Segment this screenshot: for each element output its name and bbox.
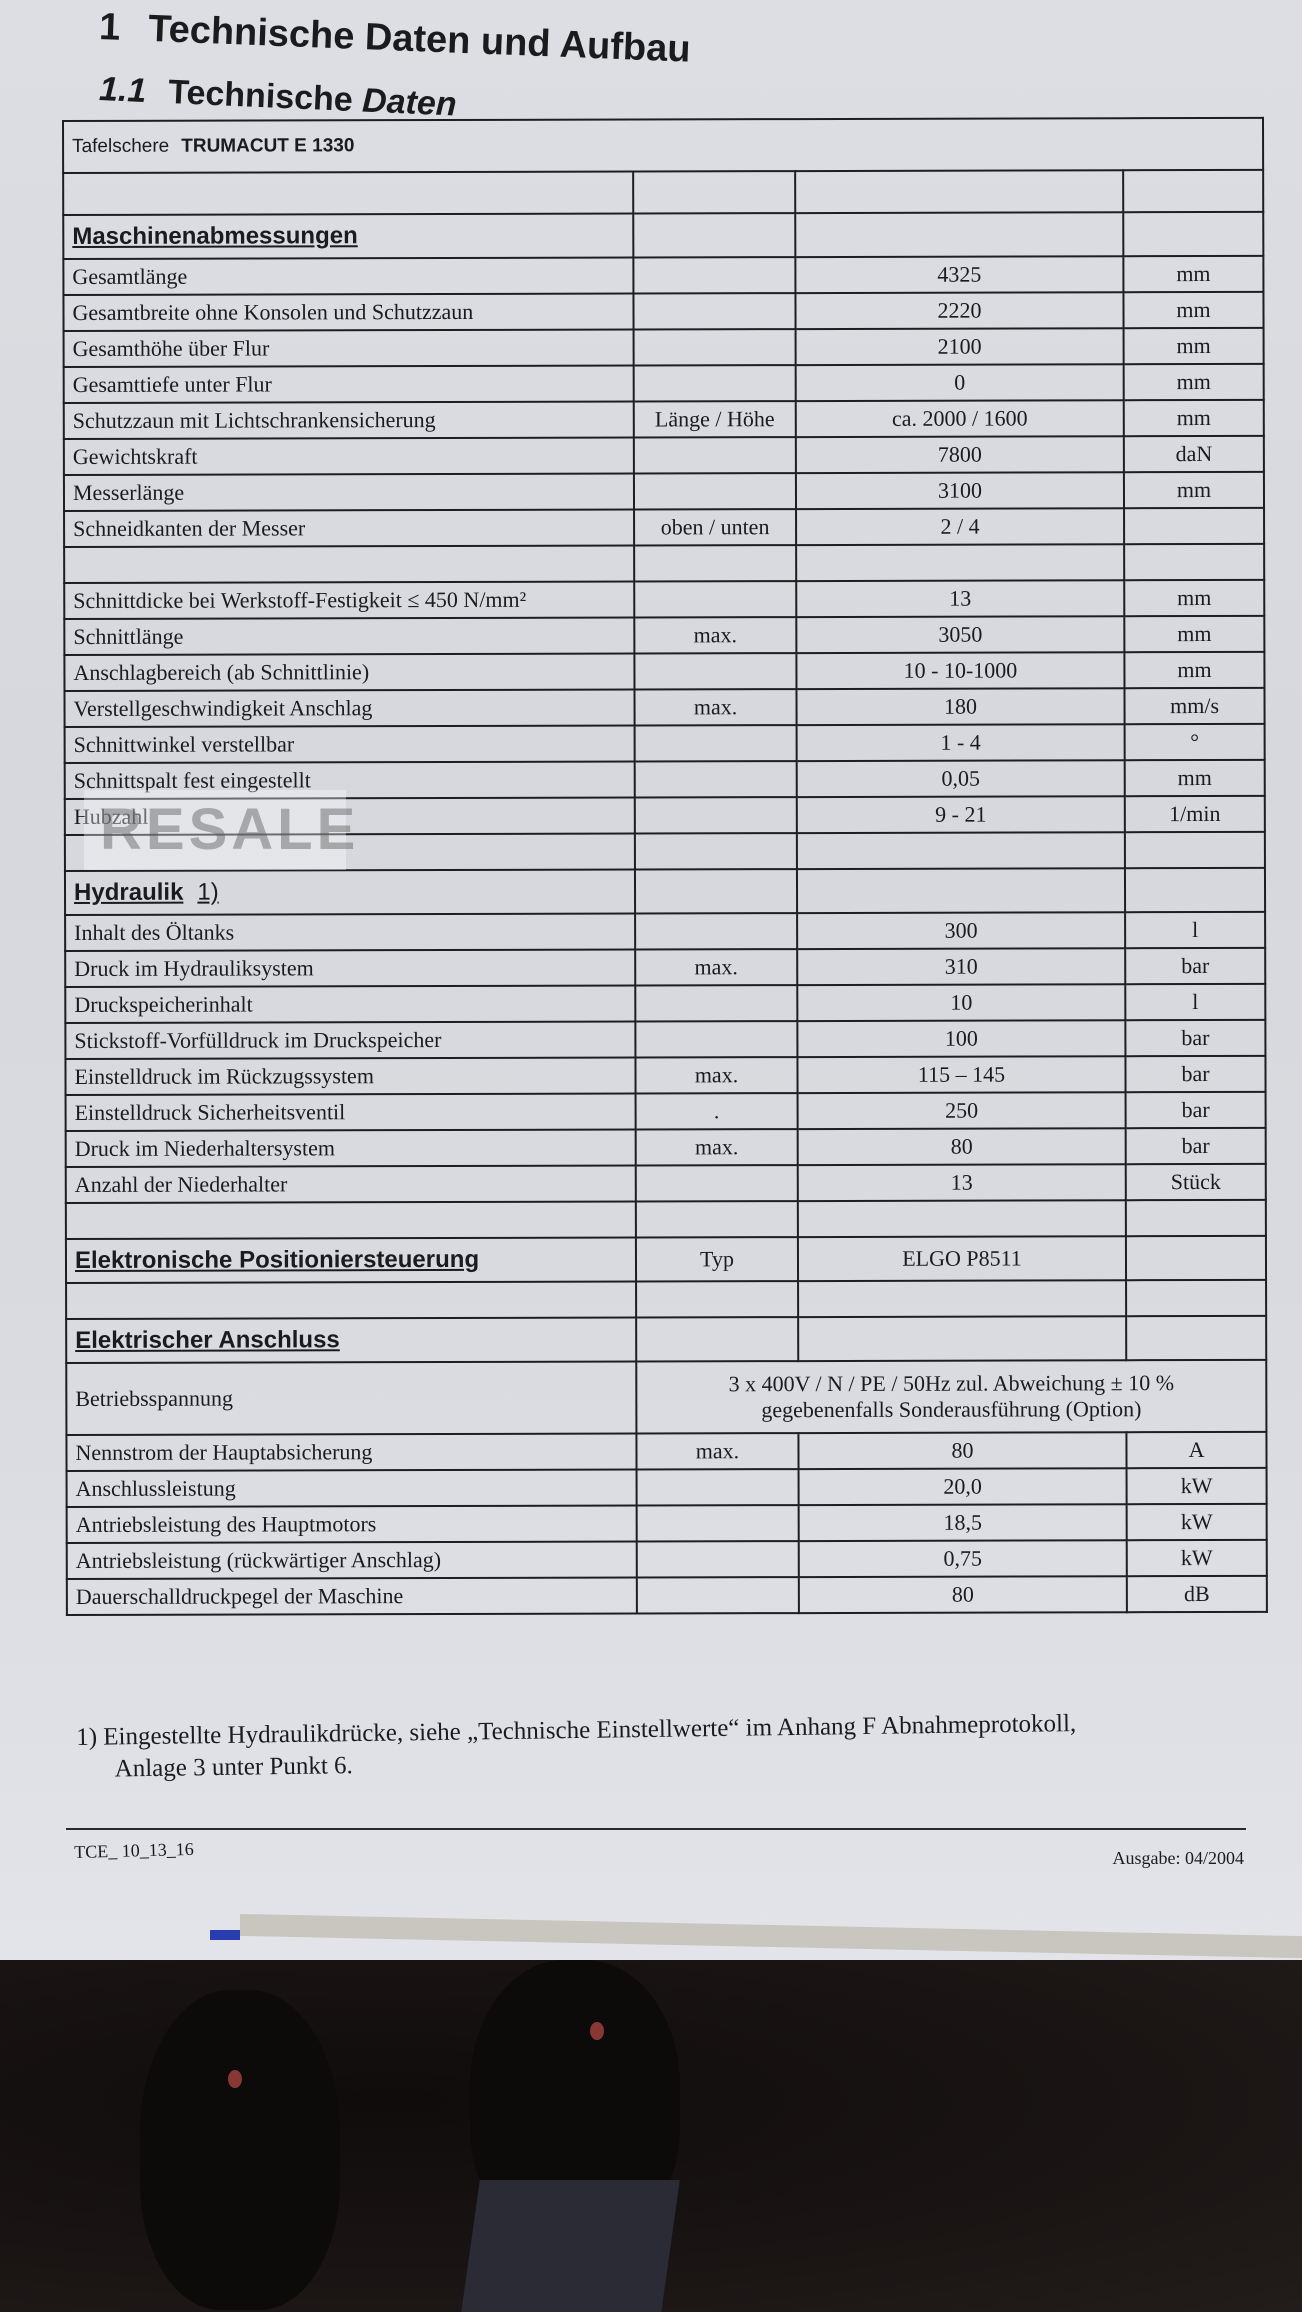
row-qualifier [634, 653, 796, 689]
row-qualifier [634, 473, 796, 509]
table-row: Druckspeicherinhalt10l [65, 984, 1265, 1023]
table-row: Inhalt des Öltanks300l [65, 912, 1265, 951]
row-value: 13 [798, 1164, 1126, 1201]
row-value: 0,05 [797, 760, 1125, 797]
section-header-row: Maschinenabmessungen [63, 212, 1263, 259]
table-row: Einstelldruck im Rückzugssystemmax.115 –… [65, 1056, 1265, 1095]
section-title-a: Technische [168, 73, 354, 119]
row-qualifier: max. [635, 1057, 797, 1093]
row-qualifier [634, 545, 796, 581]
section-title-cell: Hydraulik1) [65, 870, 635, 915]
row-qualifier: max. [636, 1433, 798, 1469]
footnote: 1) Eingestellte Hydraulikdrücke, siehe „… [76, 1708, 1077, 1786]
section-number: 1.1 [98, 70, 147, 110]
row-unit [1124, 544, 1264, 580]
row-label: Gesamthöhe über Flur [64, 330, 634, 367]
row-unit: bar [1126, 1128, 1266, 1164]
row-qualifier [633, 293, 795, 329]
section-title-b: Daten [361, 81, 457, 123]
row-unit: l [1125, 984, 1265, 1020]
row-qualifier [635, 725, 797, 761]
table-row [66, 1280, 1266, 1319]
row-label: Antriebsleistung des Hauptmotors [67, 1506, 637, 1543]
chapter-title: Technische Daten und Aufbau [147, 8, 691, 71]
table-row [66, 1200, 1266, 1239]
table-row: Gesamtlänge4325mm [63, 256, 1263, 295]
machine-title: TafelschereTRUMACUT E 1330 [63, 118, 1263, 173]
row-value [798, 1280, 1126, 1317]
section-unit [1126, 1236, 1266, 1280]
row-qualifier [635, 985, 797, 1021]
row-qualifier [633, 257, 795, 293]
table-row: Stickstoff-Vorfülldruck im Druckspeicher… [65, 1020, 1265, 1059]
row-qualifier [637, 1577, 799, 1613]
footer-edition: Ausgabe: 04/2004 [1113, 1848, 1244, 1869]
section-qualifier [633, 213, 795, 257]
section-qualifier: Typ [636, 1237, 798, 1281]
section-title: Elektronische Positioniersteuerung [75, 1246, 479, 1274]
row-label: Gesamtbreite ohne Konsolen und Schutzzau… [63, 294, 633, 331]
row-label: Anschlussleistung [67, 1470, 637, 1507]
row-label: Gesamttiefe unter Flur [64, 366, 634, 403]
table-row: Schneidkanten der Messeroben / unten2 / … [64, 508, 1264, 547]
row-qualifier [634, 365, 796, 401]
row-qualifier [635, 913, 797, 949]
chapter-heading: 1Technische Daten und Aufbau [98, 6, 691, 72]
row-unit: mm [1124, 652, 1264, 688]
row-unit: kW [1127, 1468, 1267, 1504]
row-value: 1 - 4 [797, 724, 1125, 761]
row-label: Schnittlänge [64, 618, 634, 655]
watermark: RESALE [84, 790, 346, 870]
row-label: Druckspeicherinhalt [65, 986, 635, 1023]
table-row: Antriebsleistung des Hauptmotors18,5kW [67, 1504, 1267, 1543]
row-value: 2220 [795, 292, 1123, 329]
row-value: 13 [796, 580, 1124, 617]
row-value: 0 [796, 364, 1124, 401]
voltage-line-2: gegebenenfalls Sonderausführung (Option) [645, 1396, 1257, 1424]
row-label [64, 546, 634, 583]
table-row: Gesamtbreite ohne Konsolen und Schutzzau… [63, 292, 1263, 331]
section-unit [1125, 868, 1265, 912]
table-row: Einstelldruck Sicherheitsventil.250bar [66, 1092, 1266, 1131]
row-value: 115 – 145 [797, 1056, 1125, 1093]
shoe-detail-dot [228, 2070, 242, 2088]
row-unit: mm [1123, 256, 1263, 292]
row-unit [1126, 1200, 1266, 1236]
section-unit [1126, 1316, 1266, 1360]
row-value: 4325 [795, 256, 1123, 293]
section-title: Hydraulik [74, 879, 183, 906]
machine-label: Tafelschere [72, 136, 169, 157]
row-unit: dB [1127, 1576, 1267, 1612]
row-unit [1125, 832, 1265, 868]
row-unit: A [1126, 1432, 1266, 1468]
row-label: Anzahl der Niederhalter [66, 1166, 636, 1203]
row-value: 180 [796, 688, 1124, 725]
section-value [797, 868, 1125, 913]
row-value: 20,0 [799, 1468, 1127, 1505]
row-qualifier [636, 1201, 798, 1237]
table-row: Anschlagbereich (ab Schnittlinie)10 - 10… [64, 652, 1264, 691]
row-unit: bar [1125, 1056, 1265, 1092]
row-qualifier: Länge / Höhe [634, 401, 796, 437]
row-value: 10 - 10-1000 [796, 652, 1124, 689]
table-row: Verstellgeschwindigkeit Anschlagmax.180m… [64, 688, 1264, 727]
row-qualifier [636, 1165, 798, 1201]
row-value: 80 [798, 1432, 1126, 1469]
row-label: Nennstrom der Hauptabsicherung [66, 1434, 636, 1471]
section-title: Elektrischer Anschluss [75, 1326, 340, 1354]
row-unit: mm [1123, 292, 1263, 328]
row-unit: mm [1125, 760, 1265, 796]
machine-title-row: TafelschereTRUMACUT E 1330 [63, 118, 1263, 173]
section-header-row: Hydraulik1) [65, 868, 1265, 915]
row-label: Antriebsleistung (rückwärtiger Anschlag) [67, 1542, 637, 1579]
row-label: Stickstoff-Vorfülldruck im Druckspeicher [65, 1022, 635, 1059]
table-row: Messerlänge3100mm [64, 472, 1264, 511]
row-label: Betriebsspannung [66, 1362, 636, 1435]
row-label: Schnittwinkel verstellbar [65, 726, 635, 763]
table-row: Schnittwinkel verstellbar1 - 4° [65, 724, 1265, 763]
table-row: Anzahl der Niederhalter13Stück [66, 1164, 1266, 1203]
section-title-cell: Elektrischer Anschluss [66, 1318, 636, 1363]
row-qualifier [637, 1505, 799, 1541]
row-qualifier [637, 1541, 799, 1577]
row-label: Druck im Niederhaltersystem [66, 1130, 636, 1167]
row-label: Schneidkanten der Messer [64, 510, 634, 547]
row-unit: mm [1124, 580, 1264, 616]
row-label [66, 1202, 636, 1239]
machine-model: TRUMACUT E 1330 [181, 135, 354, 156]
section-header-row: Elektrischer Anschluss [66, 1316, 1266, 1363]
blank-cell [1123, 170, 1263, 212]
shoe-detail-dot [590, 2022, 604, 2040]
table-row: Dauerschalldruckpegel der Maschine80dB [67, 1576, 1267, 1615]
row-unit: mm/s [1124, 688, 1264, 724]
table-row: Anschlussleistung20,0kW [67, 1468, 1267, 1507]
row-unit: mm [1124, 616, 1264, 652]
row-unit [1126, 1280, 1266, 1316]
table-row [64, 544, 1264, 583]
row-label: Schnittdicke bei Werkstoff-Festigkeit ≤ … [64, 582, 634, 619]
footer-divider [66, 1828, 1246, 1830]
row-value: 310 [797, 948, 1125, 985]
section-unit [1123, 212, 1263, 256]
row-value: 2100 [796, 328, 1124, 365]
row-qualifier: max. [634, 617, 796, 653]
row-value: ca. 2000 / 1600 [796, 400, 1124, 437]
row-label: Anschlagbereich (ab Schnittlinie) [64, 654, 634, 691]
row-value: 10 [797, 984, 1125, 1021]
row-qualifier [635, 761, 797, 797]
row-unit: kW [1127, 1504, 1267, 1540]
paper-edge-blue [210, 1930, 240, 1940]
row-unit: daN [1124, 436, 1264, 472]
table-row: Gewichtskraft7800daN [64, 436, 1264, 475]
blank-header-row [63, 170, 1263, 215]
table-row: Gesamthöhe über Flur2100mm [64, 328, 1264, 367]
table-row: Schnittlängemax.3050mm [64, 616, 1264, 655]
section-value [795, 212, 1123, 257]
row-label [66, 1282, 636, 1319]
table-row: Gesamttiefe unter Flur0mm [64, 364, 1264, 403]
blank-cell [795, 170, 1123, 213]
row-value: 0,75 [799, 1540, 1127, 1577]
row-value: 250 [798, 1092, 1126, 1129]
row-label: Gewichtskraft [64, 438, 634, 475]
section-value [798, 1316, 1126, 1361]
section-qualifier [635, 869, 797, 913]
row-value [798, 1200, 1126, 1237]
row-qualifier [637, 1469, 799, 1505]
section-title-cell: Elektronische Positioniersteuerung [66, 1238, 636, 1283]
row-qualifier: max. [636, 1129, 798, 1165]
section-qualifier [636, 1317, 798, 1361]
footer-doc-code: TCE_ 10_13_16 [74, 1839, 194, 1863]
table-row: Schutzzaun mit LichtschrankensicherungLä… [64, 400, 1264, 439]
row-value: 3050 [796, 616, 1124, 653]
section-title: Maschinenabmessungen [72, 222, 357, 250]
row-label: Druck im Hydrauliksystem [65, 950, 635, 987]
section-value: ELGO P8511 [798, 1236, 1126, 1281]
row-qualifier: oben / unten [634, 509, 796, 545]
row-value: 100 [797, 1020, 1125, 1057]
row-unit [1124, 508, 1264, 544]
row-value [797, 832, 1125, 869]
row-qualifier [636, 1281, 798, 1317]
row-unit: 1/min [1125, 796, 1265, 832]
row-unit: mm [1124, 400, 1264, 436]
blank-cell [633, 171, 795, 213]
trouser-leg [460, 2180, 680, 2312]
voltage-line-1: 3 x 400V / N / PE / 50Hz zul. Abweichung… [645, 1370, 1257, 1398]
row-label: Einstelldruck Sicherheitsventil [66, 1094, 636, 1131]
row-qualifier: . [636, 1093, 798, 1129]
row-label: Verstellgeschwindigkeit Anschlag [64, 690, 634, 727]
blank-cell [63, 172, 633, 215]
row-qualifier: max. [635, 949, 797, 985]
row-unit: bar [1126, 1092, 1266, 1128]
row-label: Dauerschalldruckpegel der Maschine [67, 1578, 637, 1615]
row-value: 80 [799, 1576, 1127, 1613]
row-value: 9 - 21 [797, 796, 1125, 833]
operating-voltage-row: Betriebsspannung3 x 400V / N / PE / 50Hz… [66, 1360, 1266, 1435]
section-title-cell: Maschinenabmessungen [63, 214, 633, 259]
table-row: Antriebsleistung (rückwärtiger Anschlag)… [67, 1540, 1267, 1579]
row-label: Einstelldruck im Rückzugssystem [65, 1058, 635, 1095]
row-value [796, 544, 1124, 581]
table-row: Druck im Niederhaltersystemmax.80bar [66, 1128, 1266, 1167]
table-row: Druck im Hydrauliksystemmax.310bar [65, 948, 1265, 987]
row-value: 2 / 4 [796, 508, 1124, 545]
shoe-left [140, 1990, 340, 2310]
section-heading: 1.1Technische Daten [98, 70, 457, 125]
row-qualifier [635, 797, 797, 833]
row-unit: kW [1127, 1540, 1267, 1576]
row-unit: bar [1125, 948, 1265, 984]
row-qualifier: max. [634, 689, 796, 725]
row-label: Inhalt des Öltanks [65, 914, 635, 951]
section-header-row: Elektronische PositioniersteuerungTypELG… [66, 1236, 1266, 1283]
row-value: 18,5 [799, 1504, 1127, 1541]
row-unit: mm [1124, 328, 1264, 364]
operating-voltage-value: 3 x 400V / N / PE / 50Hz zul. Abweichung… [636, 1360, 1266, 1434]
row-value: 7800 [796, 436, 1124, 473]
table-row: Schnittdicke bei Werkstoff-Festigkeit ≤ … [64, 580, 1264, 619]
row-unit: Stück [1126, 1164, 1266, 1200]
row-label: Schutzzaun mit Lichtschrankensicherung [64, 402, 634, 439]
row-qualifier [635, 833, 797, 869]
row-qualifier [635, 1021, 797, 1057]
row-label: Gesamtlänge [63, 258, 633, 295]
table-row: Nennstrom der Hauptabsicherungmax.80A [66, 1432, 1266, 1471]
row-value: 3100 [796, 472, 1124, 509]
row-label: Messerlänge [64, 474, 634, 511]
row-unit: mm [1124, 364, 1264, 400]
row-qualifier [634, 329, 796, 365]
row-qualifier [634, 581, 796, 617]
row-unit: mm [1124, 472, 1264, 508]
row-value: 80 [798, 1128, 1126, 1165]
document-page: 1Technische Daten und Aufbau 1.1Technisc… [0, 0, 1302, 1960]
row-qualifier [634, 437, 796, 473]
row-value: 300 [797, 912, 1125, 949]
row-unit: bar [1125, 1020, 1265, 1056]
row-unit: l [1125, 912, 1265, 948]
footnote-ref: 1) [197, 879, 218, 906]
row-unit: ° [1125, 724, 1265, 760]
chapter-number: 1 [98, 6, 121, 49]
